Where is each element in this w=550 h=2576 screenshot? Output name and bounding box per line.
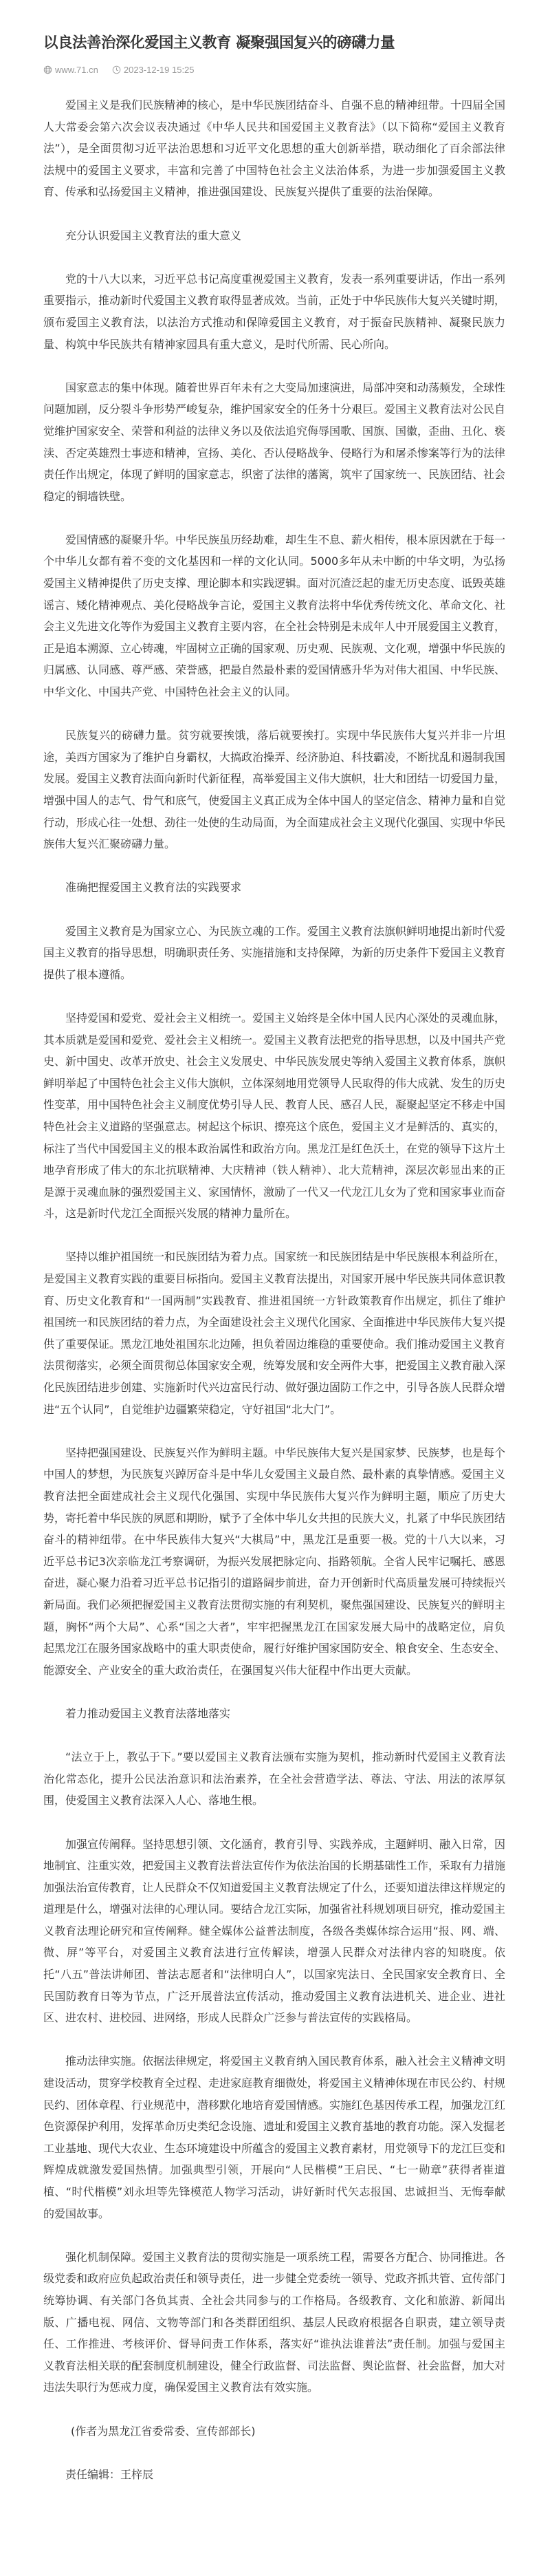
article: 以良法善治深化爱国主义教育 凝聚强国复兴的磅礴力量 www.71.cn 2023…: [43, 0, 505, 2485]
paragraph: 爱国主义是我们民族精神的核心，是中华民族团结奋斗、自强不息的精神纽带。十四届全国…: [43, 94, 505, 203]
paragraph: 爱国情感的凝聚升华。中华民族虽历经劫难，却生生不息、薪火相传，根本原因就在于每一…: [43, 529, 505, 703]
section-heading: 着力推动爱国主义教育法落地落实: [43, 1703, 505, 1725]
article-body: 爱国主义是我们民族精神的核心，是中华民族团结奋斗、自强不息的精神纽带。十四届全国…: [43, 94, 505, 2485]
paragraph: 强化机制保障。爱国主义教育法的贯彻实施是一项系统工程，需要各方配合、协同推进。各…: [43, 2246, 505, 2398]
article-title: 以良法善治深化爱国主义教育 凝聚强国复兴的磅礴力量: [43, 33, 505, 54]
responsible-editor: 责任编辑：王梓辰: [43, 2464, 505, 2486]
paragraph: 国家意志的集中体现。随着世界百年未有之大变局加速演进，局部冲突和动荡频发，全球性…: [43, 377, 505, 508]
paragraph: 爱国主义教育是为国家立心、为民族立魂的工作。爱国主义教育法旗帜鲜明地提出新时代爱…: [43, 921, 505, 986]
globe-icon: [43, 65, 52, 74]
paragraph: 民族复兴的磅礴力量。贫穷就要挨饿，落后就要挨打。实现中华民族伟大复兴并非一片坦途…: [43, 724, 505, 855]
publish-time: 2023-12-19 15:25: [112, 65, 195, 75]
paragraph: 推动法律实施。依据法律规定，将爱国主义教育纳入国民教育体系，融入社会主义精神文明…: [43, 2050, 505, 2224]
author-note: (作者为黑龙江省委常委、宣传部部长): [43, 2421, 505, 2443]
paragraph: 坚持把强国建设、民族复兴作为鲜明主题。中华民族伟大复兴是国家梦、民族梦，也是每个…: [43, 1442, 505, 1682]
datetime-text: 2023-12-19 15:25: [124, 65, 195, 75]
section-heading: 充分认识爱国主义教育法的重大意义: [43, 225, 505, 247]
paragraph: 加强宣传阐释。坚持思想引领、文化涵育，教育引导、实践养成，主题鲜明、融入日常，因…: [43, 1834, 505, 2029]
section-heading: 准确把握爱国主义教育法的实践要求: [43, 877, 505, 899]
source-text: www.71.cn: [55, 65, 98, 75]
source-info: www.71.cn: [43, 65, 98, 75]
paragraph: 坚持爱国和爱党、爱社会主义相统一。爱国主义始终是全体中国人民内心深处的灵魂血脉，…: [43, 1007, 505, 1225]
clock-icon: [112, 65, 121, 74]
paragraph: “法立于上，教弘于下。”要以爱国主义教育法颁布实施为契机，推动新时代爱国主义教育…: [43, 1746, 505, 1812]
paragraph: 党的十八大以来，习近平总书记高度重视爱国主义教育，发表一系列重要讲话，作出一系列…: [43, 268, 505, 355]
article-meta: www.71.cn 2023-12-19 15:25: [43, 63, 505, 76]
paragraph: 坚持以维护祖国统一和民族团结为着力点。国家统一和民族团结是中华民族根本利益所在，…: [43, 1246, 505, 1420]
